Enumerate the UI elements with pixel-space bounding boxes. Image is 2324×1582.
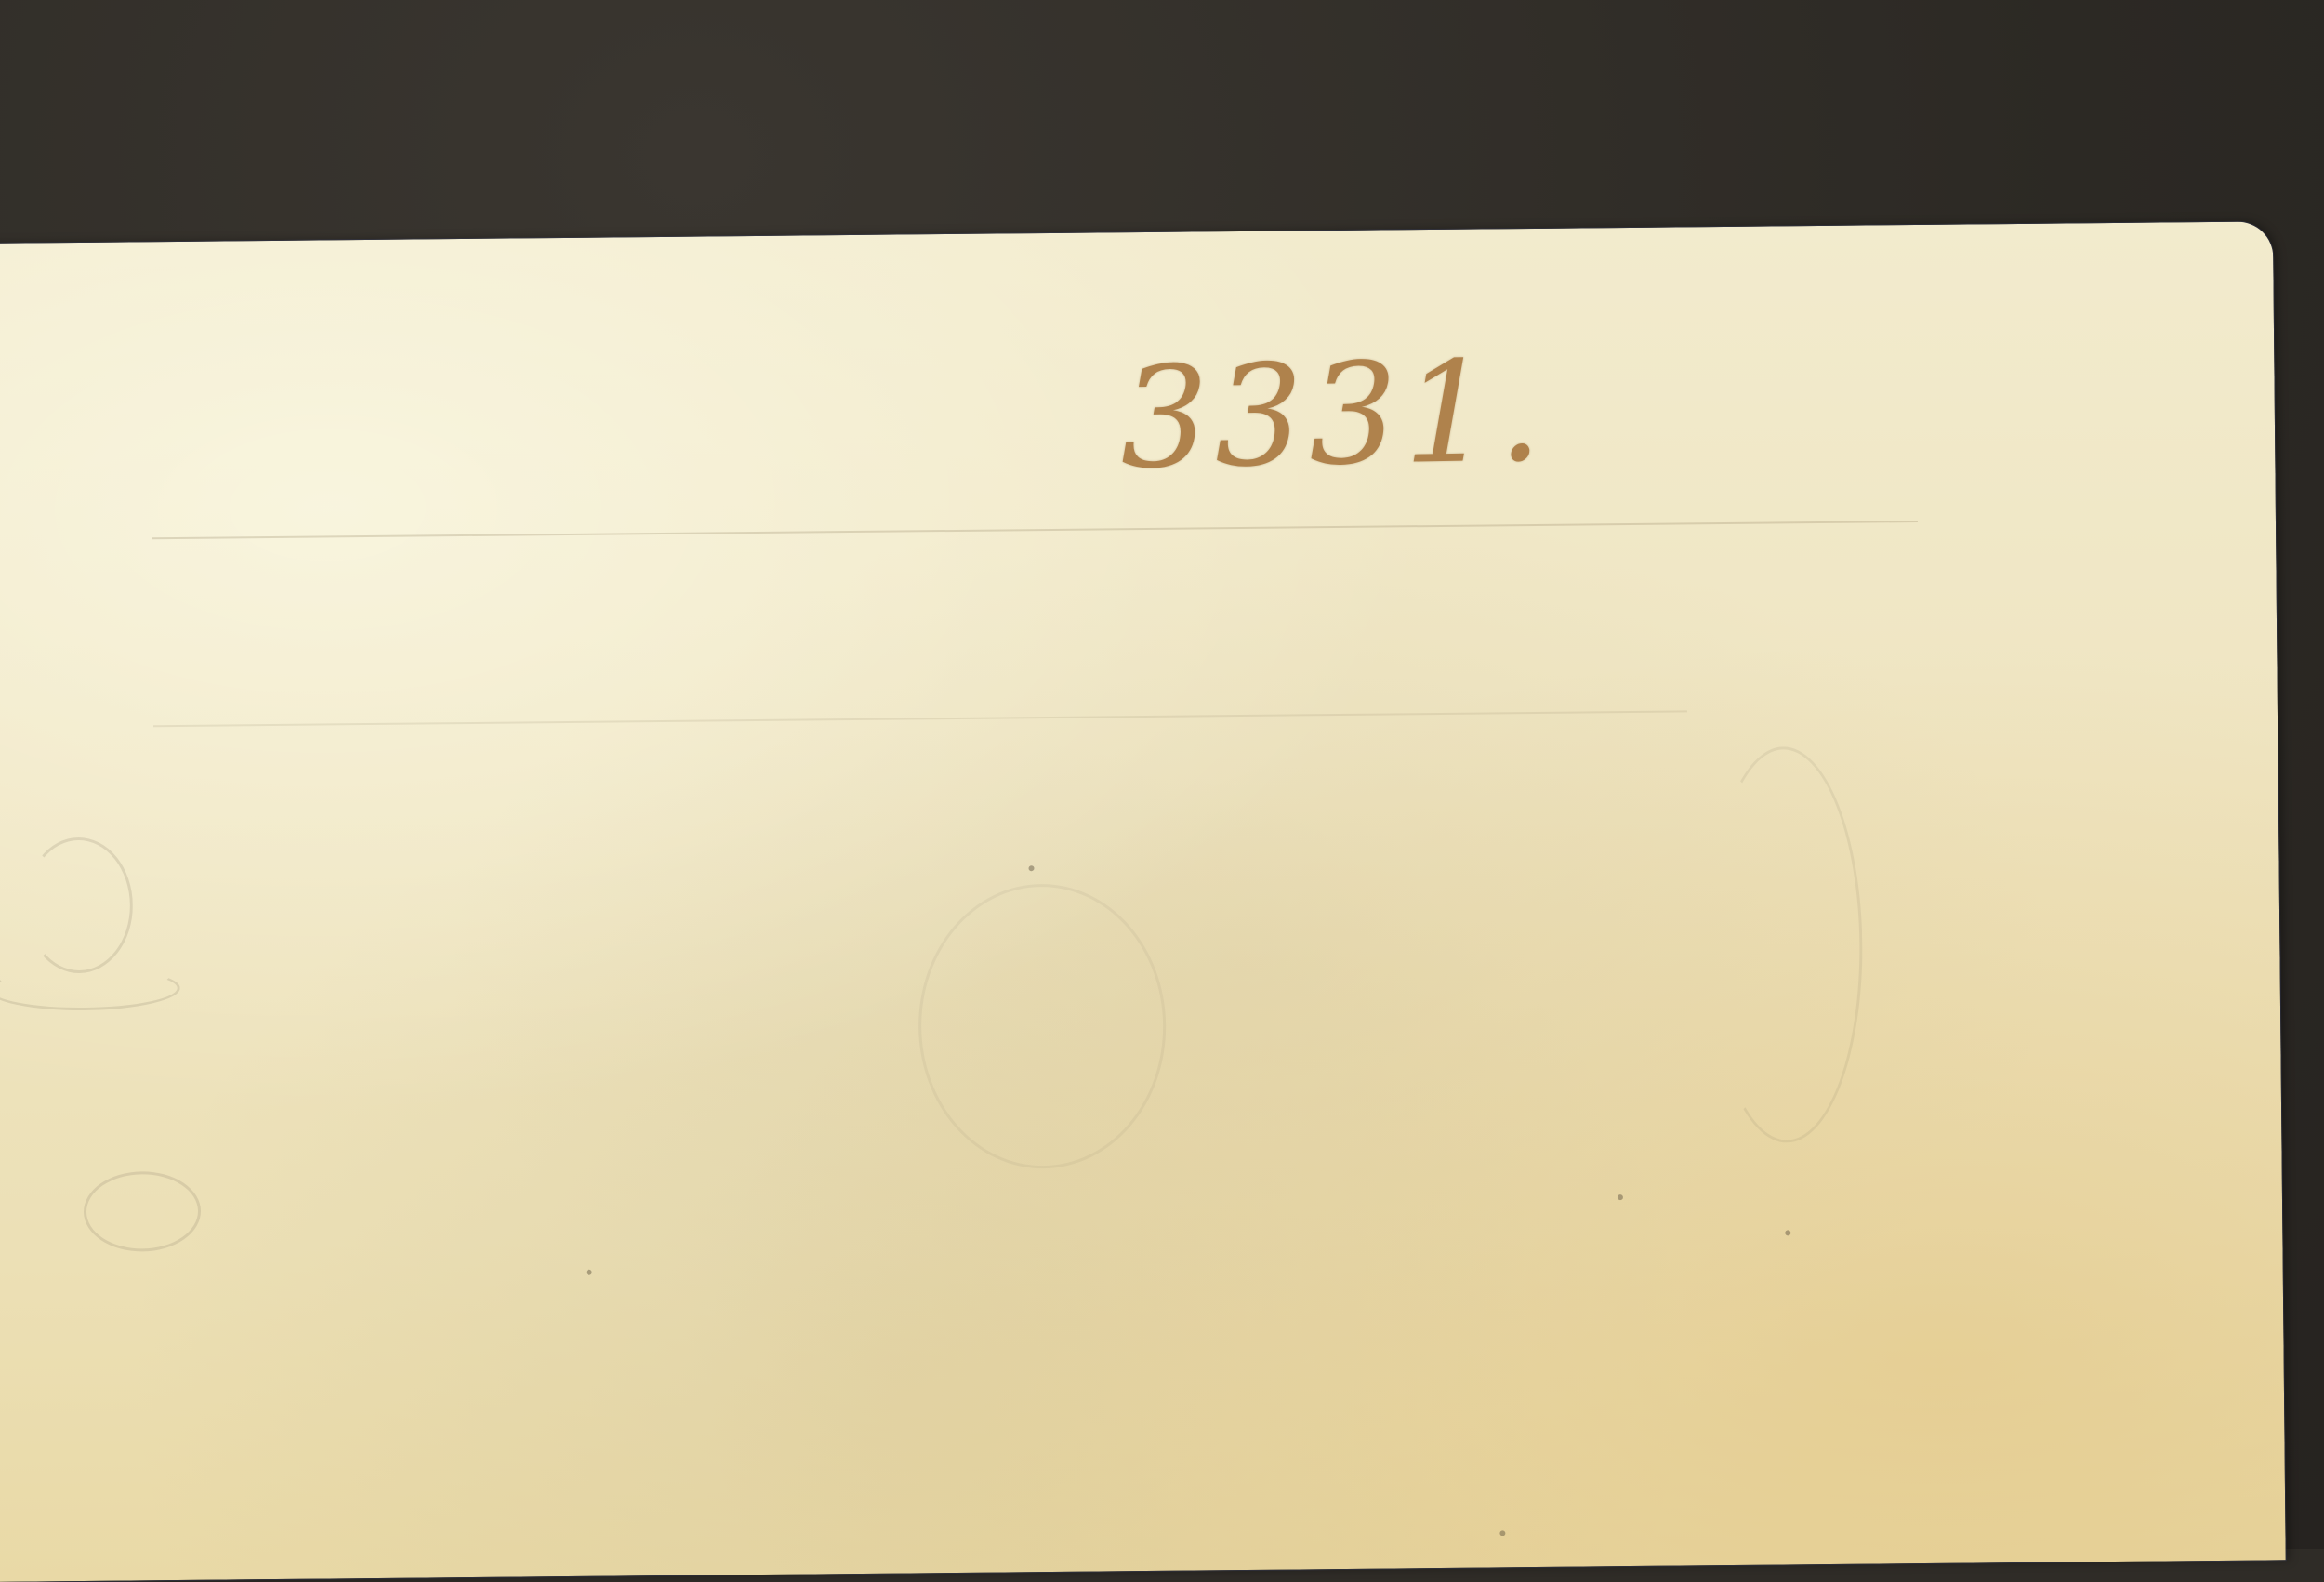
faded-ink-stroke: [1706, 746, 1864, 1144]
ink-speck: [1618, 1194, 1623, 1200]
folio-number: 3331.: [1119, 331, 1549, 500]
ink-speck: [1785, 1230, 1790, 1235]
faded-ink-stroke: [0, 967, 180, 1011]
ruled-line: [152, 521, 1918, 539]
ink-speck: [587, 1270, 592, 1275]
ink-speck: [1499, 1530, 1505, 1536]
ink-speck: [1028, 865, 1034, 871]
faded-ink-stroke: [918, 883, 1168, 1170]
faded-ink-stroke: [84, 1171, 202, 1252]
faded-ink-stroke: [24, 837, 133, 973]
ruled-line: [153, 710, 1687, 727]
